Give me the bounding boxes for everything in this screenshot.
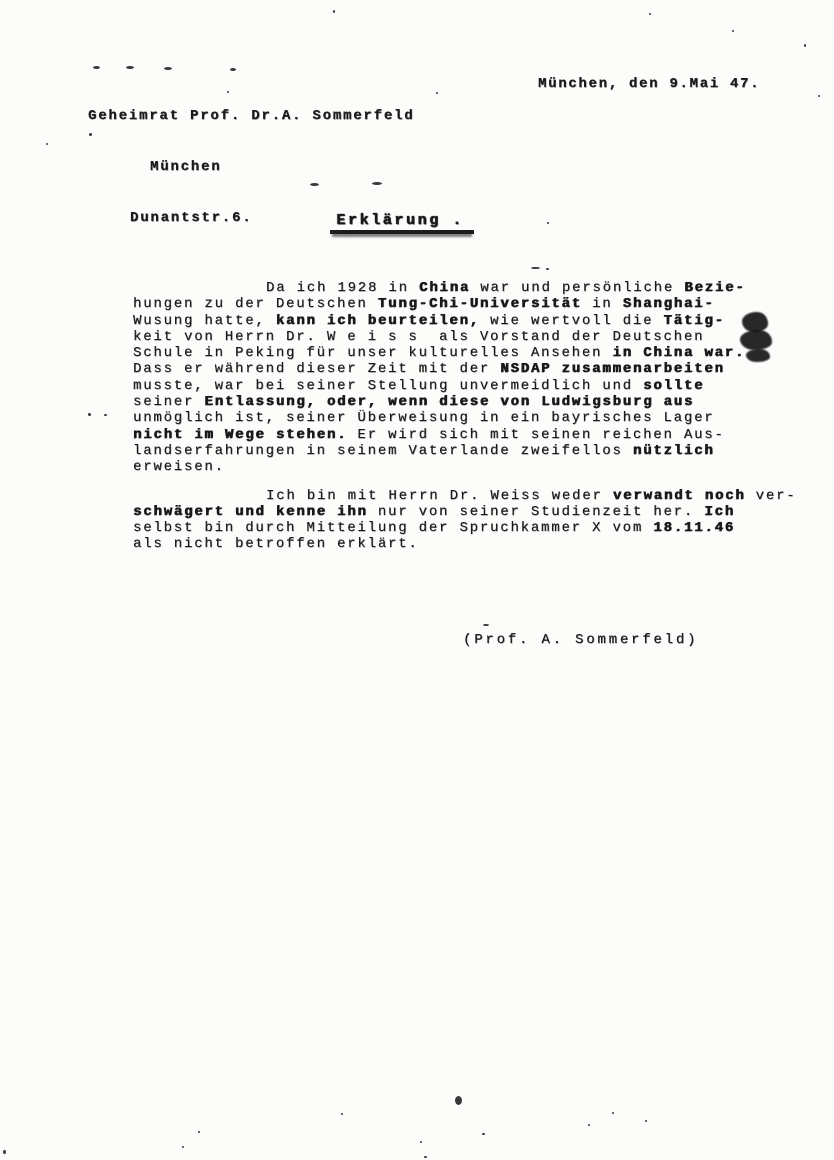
scan-speck [420, 1141, 422, 1143]
document-title: Erklärung . [292, 193, 474, 252]
scan-speck [372, 182, 382, 185]
scan-speck [341, 1113, 343, 1115]
scan-speck [455, 1096, 462, 1105]
scan-speck [645, 1120, 647, 1122]
text-line: nicht im Wege stehen. Er wird sich mit s… [133, 427, 793, 443]
text-line: erweisen. [133, 459, 793, 475]
scan-speck [436, 92, 438, 94]
text-line: schwägert und kenne ihn nur von seiner S… [133, 504, 793, 520]
text-line: hungen zu der Deutschen Tung-Chi-Univers… [133, 296, 793, 312]
paragraph: Ich bin mit Herrn Dr. Weiss weder verwan… [133, 488, 793, 553]
title-text: Erklärung . [330, 212, 474, 234]
scan-speck [46, 143, 48, 145]
scan-speck [88, 413, 91, 416]
scan-speck [3, 1150, 6, 1154]
scan-speck [588, 1124, 590, 1126]
text-line: Da ich 1928 in China war und persönliche… [133, 280, 793, 296]
scan-speck [104, 414, 107, 416]
text-line: unmöglich ist, seiner Überweisung in ein… [133, 410, 793, 426]
text-line: Schule in Peking für unser kulturelles A… [133, 345, 793, 361]
scan-speck [546, 268, 549, 270]
text-line: Dass er während dieser Zeit mit der NSDA… [133, 361, 793, 377]
text-line: keit von Herrn Dr. W e i s s als Vorstan… [133, 329, 793, 345]
scan-speck [333, 10, 335, 13]
scan-speck [93, 66, 100, 69]
scan-speck [818, 95, 820, 97]
ink-blob [740, 330, 772, 350]
ink-blob [742, 312, 768, 332]
document-page: Geheimrat Prof. Dr.A. Sommerfeld München… [0, 0, 834, 1160]
scan-speck [424, 1156, 427, 1158]
scan-speck [198, 1131, 200, 1133]
scan-speck [612, 1112, 614, 1114]
paragraph: Da ich 1928 in China war und persönliche… [133, 280, 793, 476]
scan-speck [649, 13, 651, 15]
scan-speck [89, 133, 92, 136]
scan-speck [732, 30, 734, 32]
scan-speck [350, 232, 352, 234]
scan-speck [227, 91, 229, 93]
scan-speck [230, 68, 236, 71]
scan-speck [182, 1146, 184, 1148]
scan-speck [804, 44, 806, 47]
scan-speck [310, 183, 319, 186]
scan-speck [547, 222, 549, 224]
scan-speck [531, 267, 540, 269]
body-paragraphs: Da ich 1928 in China war und persönliche… [133, 280, 793, 553]
sender-city: München [150, 159, 414, 176]
dateline: München, den 9.Mai 47. [538, 76, 760, 92]
text-line: musste, war bei seiner Stellung unvermei… [133, 378, 793, 394]
scan-speck [126, 66, 134, 69]
ink-blob [746, 349, 770, 362]
text-line: selbst bin durch Mitteilung der Spruchka… [133, 520, 793, 536]
signature: (Prof. A. Sommerfeld) [463, 632, 698, 648]
text-line: seiner Entlassung, oder, wenn diese von … [133, 394, 793, 410]
sender-name: Geheimrat Prof. Dr.A. Sommerfeld [88, 108, 414, 125]
text-line: landserfahrungen in seinem Vaterlande zw… [133, 443, 793, 459]
text-line: Ich bin mit Herrn Dr. Weiss weder verwan… [133, 488, 793, 504]
scan-speck [482, 1133, 485, 1135]
scan-speck [483, 624, 489, 626]
scan-speck [164, 67, 172, 70]
text-line: Wusung hatte, kann ich beurteilen, wie w… [133, 313, 793, 329]
text-line: als nicht betroffen erklärt. [133, 536, 793, 552]
